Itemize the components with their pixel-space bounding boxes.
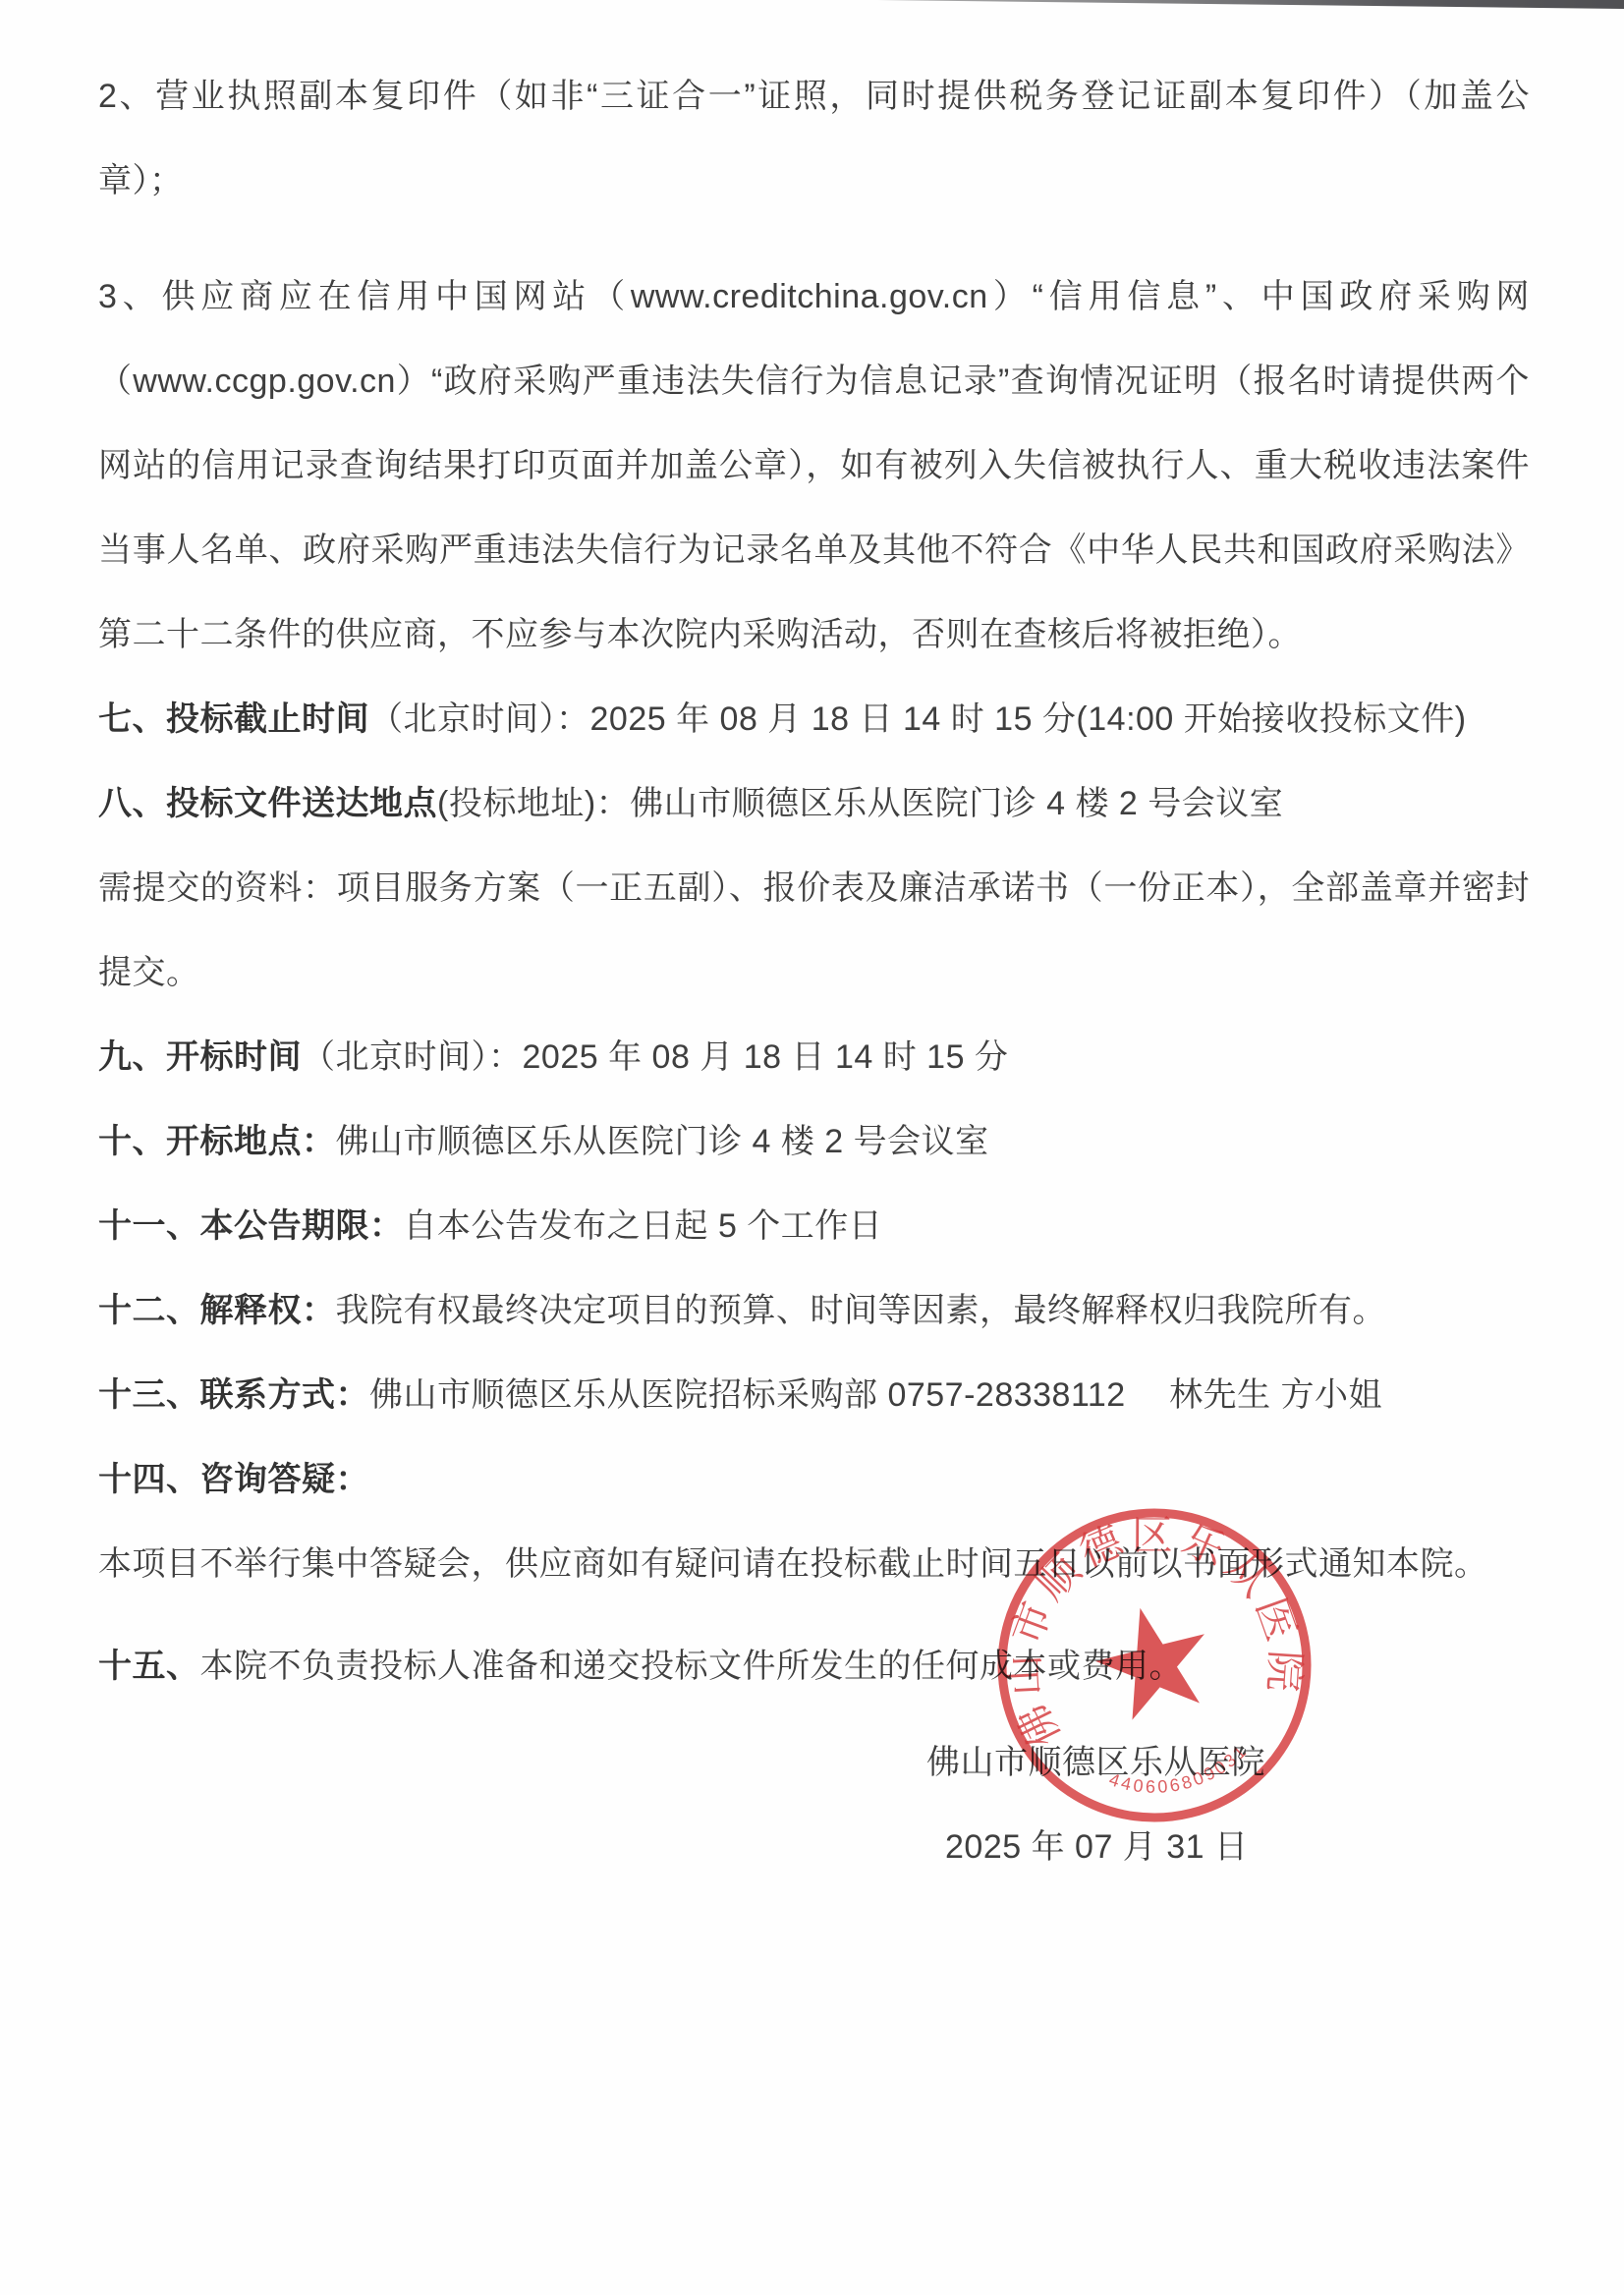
document-page: 2、营业执照副本复印件（如非“三证合一”证照，同时提供税务登记证副本复印件）（加… bbox=[0, 0, 1624, 2295]
paragraph-interpretation-right: 十二、解释权：我院有权最终决定项目的预算、时间等因素，最终解释权归我院所有。 bbox=[98, 1268, 1530, 1353]
paragraph-item-3-text: 3、供应商应在信用中国网站（www.creditchina.gov.cn）“信用… bbox=[98, 278, 1530, 653]
paragraph-contact-info: 十三、联系方式：佛山市顺德区乐从医院招标采购部 0757-28338112 林先… bbox=[98, 1353, 1530, 1437]
paragraph-cost-disclaimer-text: 本院不负责投标人准备和递交投标文件所发生的任何成本或费用。 bbox=[200, 1648, 1184, 1685]
paragraph-contact-info-text: 佛山市顺德区乐从医院招标采购部 0757-28338112 林先生 方小姐 bbox=[369, 1376, 1382, 1414]
paragraph-interpretation-right-bold: 十二、解释权： bbox=[98, 1292, 336, 1329]
paragraph-notice-period-bold: 十一、本公告期限： bbox=[98, 1207, 404, 1245]
paragraph-qa-heading-bold: 十四、咨询答疑： bbox=[98, 1461, 369, 1498]
paragraph-item-3: 3、供应商应在信用中国网站（www.creditchina.gov.cn）“信用… bbox=[98, 254, 1530, 677]
paragraph-contact-info-bold: 十三、联系方式： bbox=[98, 1376, 369, 1414]
paragraph-notice-period-text: 自本公告发布之日起 5 个工作日 bbox=[404, 1207, 883, 1245]
signature-date: 2025 年 07 月 31 日 bbox=[98, 1805, 1530, 1889]
paragraph-opening-time-bold: 九、开标时间 bbox=[98, 1038, 302, 1076]
signature-org: 佛山市顺德区乐从医院 bbox=[98, 1720, 1530, 1805]
paragraph-qa-body: 本项目不举行集中答疑会，供应商如有疑问请在投标截止时间五日以前以书面形式通知本院… bbox=[98, 1522, 1530, 1606]
paragraph-required-materials: 需提交的资料：项目服务方案（一正五副）、报价表及廉洁承诺书（一份正本），全部盖章… bbox=[98, 846, 1530, 1015]
paragraph-item-2-text: 2、营业执照副本复印件（如非“三证合一”证照，同时提供税务登记证副本复印件）（加… bbox=[98, 78, 1530, 199]
paragraph-opening-place-text: 佛山市顺德区乐从医院门诊 4 楼 2 号会议室 bbox=[336, 1123, 989, 1160]
paragraph-interpretation-right-text: 我院有权最终决定项目的预算、时间等因素，最终解释权归我院所有。 bbox=[336, 1292, 1387, 1329]
paragraph-item-2: 2、营业执照副本复印件（如非“三证合一”证照，同时提供税务登记证副本复印件）（加… bbox=[98, 54, 1530, 223]
paragraph-qa-body-text: 本项目不举行集中答疑会，供应商如有疑问请在投标截止时间五日以前以书面形式通知本院… bbox=[98, 1545, 1488, 1583]
paragraph-delivery-address: 八、投标文件送达地点(投标地址)：佛山市顺德区乐从医院门诊 4 楼 2 号会议室 bbox=[98, 761, 1530, 846]
paragraph-delivery-address-text: (投标地址)：佛山市顺德区乐从医院门诊 4 楼 2 号会议室 bbox=[437, 785, 1283, 822]
paragraph-bid-deadline-bold: 七、投标截止时间 bbox=[98, 700, 369, 738]
paragraph-bid-deadline-text: （北京时间）：2025 年 08 月 18 日 14 时 15 分(14:00 … bbox=[369, 700, 1467, 738]
paragraph-required-materials-text: 需提交的资料：项目服务方案（一正五副）、报价表及廉洁承诺书（一份正本），全部盖章… bbox=[98, 869, 1530, 991]
paragraph-bid-deadline: 七、投标截止时间（北京时间）：2025 年 08 月 18 日 14 时 15 … bbox=[98, 677, 1530, 761]
announcement-body: 2、营业执照副本复印件（如非“三证合一”证照，同时提供税务登记证副本复印件）（加… bbox=[98, 54, 1530, 1889]
paragraph-notice-period: 十一、本公告期限：自本公告发布之日起 5 个工作日 bbox=[98, 1184, 1530, 1268]
paragraph-opening-time-text: （北京时间）：2025 年 08 月 18 日 14 时 15 分 bbox=[302, 1038, 1008, 1076]
paragraph-opening-place: 十、开标地点：佛山市顺德区乐从医院门诊 4 楼 2 号会议室 bbox=[98, 1099, 1530, 1184]
paragraph-cost-disclaimer-bold: 十五、 bbox=[98, 1648, 200, 1685]
paragraph-qa-heading: 十四、咨询答疑： bbox=[98, 1437, 1530, 1522]
scan-edge-artifact bbox=[877, 0, 1624, 9]
paragraph-opening-place-bold: 十、开标地点： bbox=[98, 1123, 336, 1160]
paragraph-delivery-address-bold: 八、投标文件送达地点 bbox=[98, 785, 437, 822]
paragraph-cost-disclaimer: 十五、本院不负责投标人准备和递交投标文件所发生的任何成本或费用。 bbox=[98, 1624, 1530, 1708]
paragraph-opening-time: 九、开标时间（北京时间）：2025 年 08 月 18 日 14 时 15 分 bbox=[98, 1015, 1530, 1099]
